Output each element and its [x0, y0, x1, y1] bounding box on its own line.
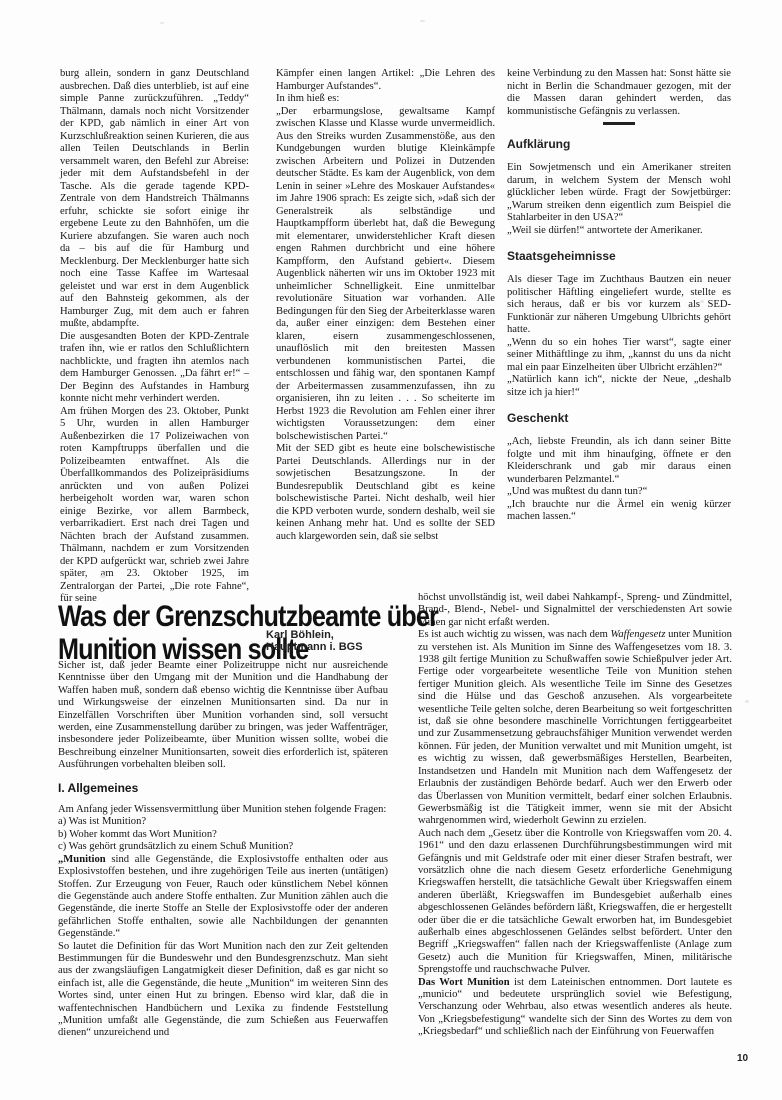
- paragraph: Am Anfang jeder Wissensvermittlung über …: [58, 804, 388, 816]
- paragraph: „Weil sie dürfen!“ antwortete der Amerik…: [507, 225, 731, 238]
- paragraph: keine Verbindung zu den Massen hat: Sons…: [507, 68, 731, 118]
- paragraph: burg allein, sondern in ganz Deutschland…: [60, 68, 249, 331]
- paragraph: So lautet die Definition für das Wort Mu…: [58, 941, 388, 1040]
- paragraph: Mit der SED gibt es heute eine bolschewi…: [276, 443, 495, 543]
- paragraph: höchst unvollständig ist, weil dabei Nah…: [418, 592, 732, 629]
- paragraph: Am frühen Morgen des 23. Oktober, Punkt …: [60, 406, 249, 606]
- paragraph: Ein Sowjetmensch und ein Amerikaner stre…: [507, 162, 731, 225]
- scan-speck: [420, 20, 425, 22]
- scan-speck: [745, 700, 749, 703]
- section-heading-aufklaerung: Aufklärung: [507, 137, 731, 151]
- keyword: Das Wort Munition: [418, 977, 510, 988]
- paragraph: „Ach, liebste Freundin, als ich dann sei…: [507, 436, 731, 486]
- section-divider: [603, 122, 635, 125]
- paragraph: Als dieser Tage im Zuchthaus Bautzen ein…: [507, 274, 731, 337]
- byline: Karl Böhlein, Hauptmann i. BGS: [266, 630, 363, 653]
- list-item: b) Woher kommt das Wort Munition?: [58, 829, 388, 841]
- paragraph: „Natürlich kann ich“, nickte der Neue, „…: [507, 374, 731, 399]
- question-list: a) Was ist Munition? b) Woher kommt das …: [58, 816, 388, 853]
- scan-speck: [700, 300, 704, 303]
- paragraph: Kämpfer einen langen Artikel: „Die Lehre…: [276, 68, 495, 93]
- page-number: 10: [737, 1053, 748, 1064]
- list-item: c) Was gehört grundsätzlich zu einem Sch…: [58, 841, 388, 853]
- paragraph: Auch nach dem „Gesetz über die Kontrolle…: [418, 828, 732, 977]
- section-heading-staatsgeheimnisse: Staatsgeheimnisse: [507, 249, 731, 263]
- top-column-1: burg allein, sondern in ganz Deutschland…: [60, 68, 249, 606]
- keyword: „Munition: [58, 854, 106, 865]
- paragraph: „Und was mußtest du dann tun?“: [507, 486, 731, 499]
- paragraph: „Ich brauchte nur die Ärmel ein wenig kü…: [507, 499, 731, 524]
- paragraph: Es ist auch wichtig zu wissen, was nach …: [418, 629, 732, 828]
- paragraph: „Wenn du so ein hohes Tier warst“, sagte…: [507, 337, 731, 375]
- top-column-2: Kämpfer einen langen Artikel: „Die Lehre…: [276, 68, 495, 543]
- definition-paragraph: „Munition sind alle Gegenstände, die Exp…: [58, 854, 388, 941]
- paragraph: Die ausgesandten Boten der KPD-Zentrale …: [60, 331, 249, 406]
- paragraph: Das Wort Munition ist dem Lateinischen e…: [418, 977, 732, 1039]
- list-item: a) Was ist Munition?: [58, 816, 388, 828]
- paragraph: In ihm hieß es:: [276, 93, 495, 106]
- author-name: Karl Böhlein,: [266, 630, 363, 642]
- top-column-3: keine Verbindung zu den Massen hat: Sons…: [507, 68, 731, 524]
- article-intro: Sicher ist, daß jeder Beamte einer Poliz…: [58, 660, 388, 772]
- author-rank: Hauptmann i. BGS: [266, 642, 363, 654]
- article-column-left: Sicher ist, daß jeder Beamte einer Poliz…: [58, 660, 388, 1040]
- quote-paragraph: „Der erbarmungslose, gewaltsame Kampf zw…: [276, 106, 495, 444]
- article-column-right: höchst unvollständig ist, weil dabei Nah…: [418, 592, 732, 1039]
- section-heading-allgemeines: I. Allgemeines: [58, 782, 388, 794]
- scan-speck: [160, 22, 164, 24]
- scan-speck: [100, 575, 106, 578]
- magazine-page: burg allein, sondern in ganz Deutschland…: [0, 0, 782, 1100]
- section-heading-geschenkt: Geschenkt: [507, 411, 731, 425]
- emphasis: Waffengesetz: [611, 629, 666, 640]
